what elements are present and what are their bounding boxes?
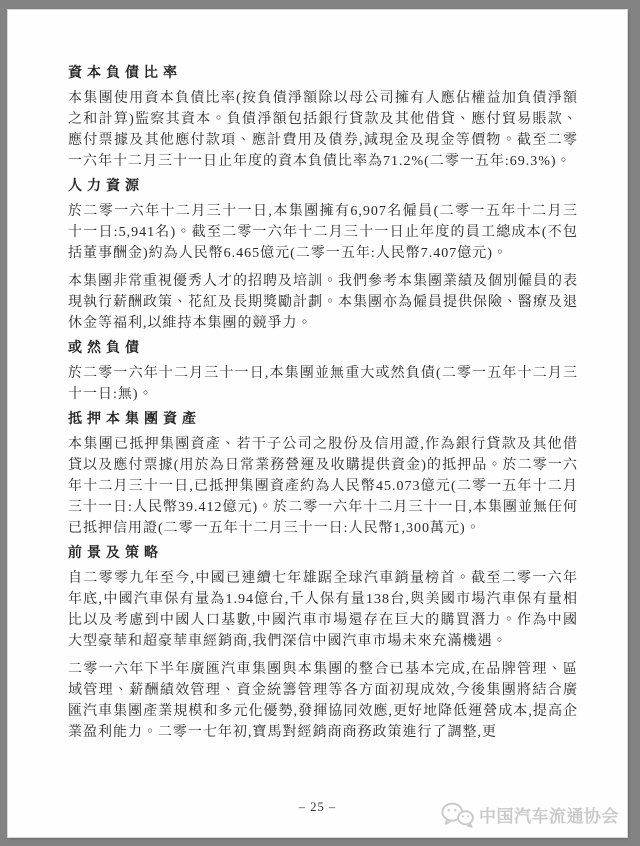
section-heading-prospects-strategy: 前景及策略 bbox=[68, 546, 578, 561]
paragraph: 自二零零九年至今,中國已連續七年雄踞全球汽車銷量榜首。截至二零一六年年底,中國汽… bbox=[68, 568, 578, 652]
wechat-icon bbox=[440, 801, 474, 828]
paragraph: 二零一六年下半年廣匯汽車集團與本集團的整合已基本完成,在品牌管理、區域管理、薪酬… bbox=[68, 659, 578, 743]
section-heading-pledged-assets: 抵押本集團資產 bbox=[68, 412, 578, 427]
watermark-label: 中国汽车流通协会 bbox=[479, 802, 619, 827]
section-heading-capital-debt-ratio: 資本負債比率 bbox=[68, 66, 578, 81]
section-heading-contingent-liabilities: 或然負債 bbox=[68, 341, 578, 356]
screenshot-canvas: 資本負債比率 本集團使用資本負債比率(按負債淨額除以母公司擁有人應佔權益加負債淨… bbox=[0, 0, 640, 846]
paragraph: 本集團非常重視優秀人才的招聘及培訓。我們參考本集團業績及個別僱員的表現執行薪酬政… bbox=[68, 271, 578, 334]
document-content: 資本負債比率 本集團使用資本負債比率(按負債淨額除以母公司擁有人應佔權益加負債淨… bbox=[8, 10, 627, 743]
section-heading-human-resources: 人力資源 bbox=[68, 179, 578, 194]
paragraph: 本集團使用資本負債比率(按負債淨額除以母公司擁有人應佔權益加負債淨額之和計算)監… bbox=[68, 88, 578, 172]
watermark: 中国汽车流通协会 bbox=[440, 801, 619, 828]
paragraph: 本集團已抵押集團資產、若干子公司之股份及信用證,作為銀行貸款及其他借貸以及應付票… bbox=[68, 434, 578, 539]
paragraph: 於二零一六年十二月三十一日,本集團並無重大或然負債(二零一五年十二月三十一日:無… bbox=[68, 363, 578, 405]
paragraph: 於二零一六年十二月三十一日,本集團擁有6,907名僱員(二零一五年十二月三十一日… bbox=[68, 201, 578, 264]
document-page: 資本負債比率 本集團使用資本負債比率(按負債淨額除以母公司擁有人應佔權益加負債淨… bbox=[8, 10, 627, 837]
